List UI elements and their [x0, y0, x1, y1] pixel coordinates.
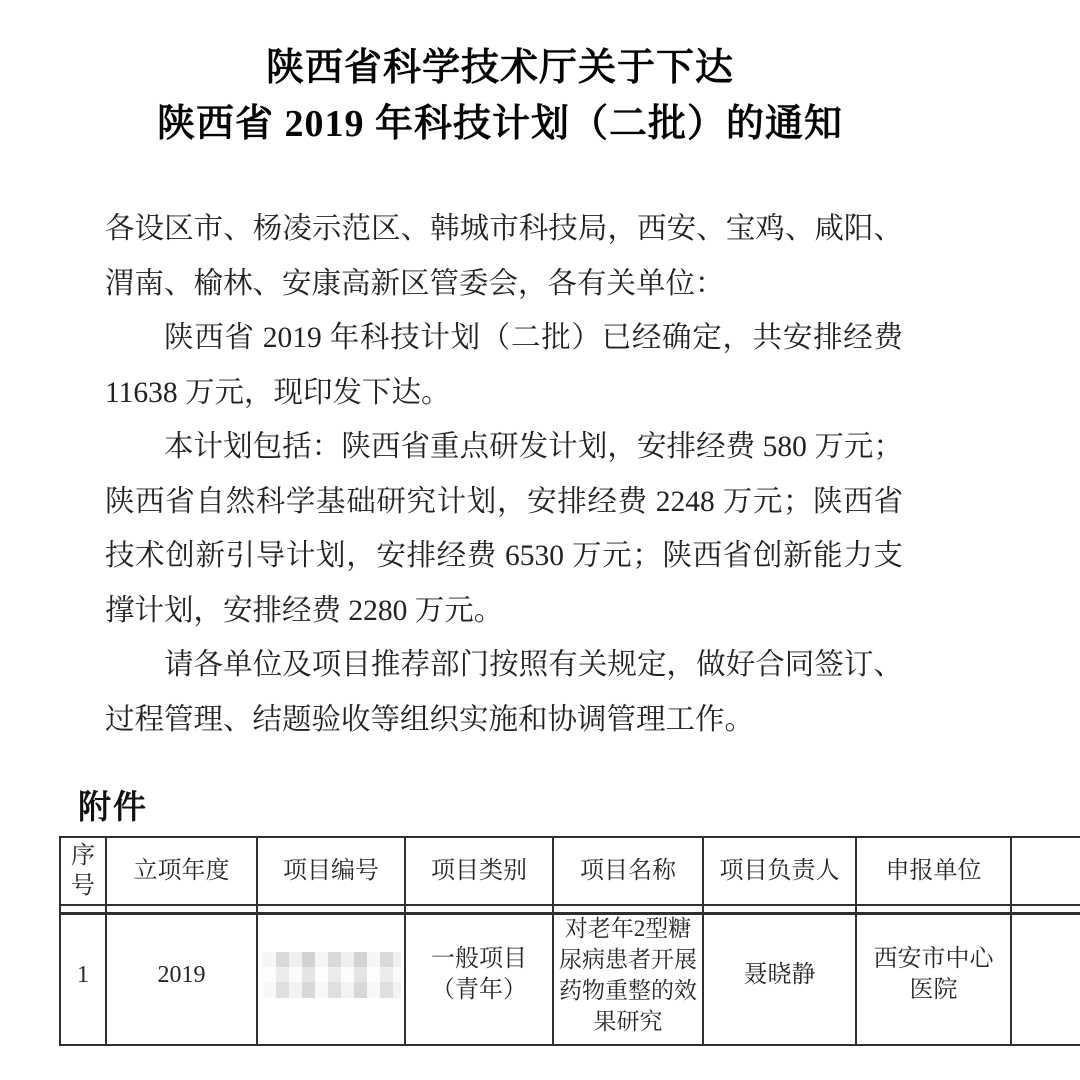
- table-row: 1 2019 一般项目（青年） 对老年2型糖尿病患者开展药物重整的效果研究 聂晓…: [60, 905, 1080, 1045]
- column-header-code: 项目编号: [257, 837, 405, 905]
- table-header-row: 序号 立项年度 项目编号 项目类别 项目名称 项目负责人 申报单位 申 （: [60, 837, 1080, 905]
- column-header-org: 申报单位: [856, 837, 1011, 905]
- cell-project-name: 对老年2型糖尿病患者开展药物重整的效果研究: [553, 905, 703, 1045]
- body-paragraph-program-breakdown: 本计划包括：陕西省重点研发计划，安排经费 580 万元；陕西省自然科学基础研究计…: [105, 420, 903, 638]
- document-body: 各设区市、杨凌示范区、韩城市科技局，西安、宝鸡、咸阳、渭南、榆林、安康高新区管委…: [105, 202, 903, 747]
- column-header-category: 项目类别: [405, 837, 553, 905]
- column-header-extra-cutoff: 申 （: [1011, 837, 1080, 905]
- cell-category: 一般项目（青年）: [405, 905, 553, 1045]
- attachment-heading: 附件: [78, 781, 148, 828]
- redacted-project-code-mosaic: [263, 952, 401, 998]
- document-title-line1: 陕西省科学技术厅关于下达: [0, 40, 1000, 96]
- cell-org: 西安市中心医院: [856, 905, 1011, 1045]
- cell-year: 2019: [106, 905, 257, 1045]
- document-title-line2: 陕西省 2019 年科技计划（二批）的通知: [0, 96, 1000, 152]
- column-header-seq: 序号: [60, 837, 106, 905]
- projects-table-wrap: 序号 立项年度 项目编号 项目类别 项目名称 项目负责人 申报单位 申 （ 1 …: [59, 836, 1080, 1046]
- cell-leader: 聂晓静: [703, 905, 856, 1045]
- scanned-notice-document: 陕西省科学技术厅关于下达 陕西省 2019 年科技计划（二批）的通知 各设区市、…: [0, 0, 1080, 1080]
- document-title: 陕西省科学技术厅关于下达 陕西省 2019 年科技计划（二批）的通知: [0, 40, 1000, 152]
- column-header-year: 立项年度: [106, 837, 257, 905]
- salutation-paragraph: 各设区市、杨凌示范区、韩城市科技局，西安、宝鸡、咸阳、渭南、榆林、安康高新区管委…: [105, 202, 903, 311]
- cell-seq: 1: [60, 905, 106, 1045]
- header-divider-rule: [59, 912, 1080, 915]
- cell-code: [257, 905, 405, 1045]
- projects-table: 序号 立项年度 项目编号 项目类别 项目名称 项目负责人 申报单位 申 （ 1 …: [59, 836, 1080, 1046]
- body-paragraph-funding-total: 陕西省 2019 年科技计划（二批）已经确定，共安排经费 11638 万元，现印…: [105, 311, 903, 420]
- cell-extra: [1011, 905, 1080, 1045]
- column-header-name: 项目名称: [553, 837, 703, 905]
- body-paragraph-instructions: 请各单位及项目推荐部门按照有关规定，做好合同签订、过程管理、结题验收等组织实施和…: [105, 638, 903, 747]
- column-header-leader: 项目负责人: [703, 837, 856, 905]
